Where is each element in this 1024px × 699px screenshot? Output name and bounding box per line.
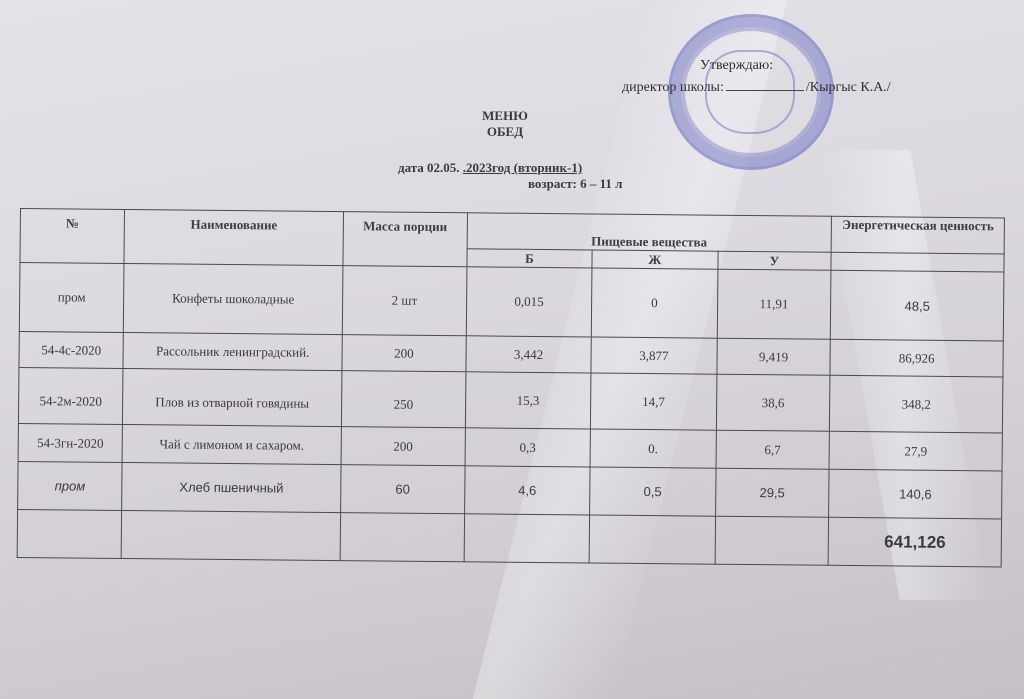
cell-carbs: 6,7: [716, 430, 830, 469]
cell-name: Чай с лимоном и сахаром.: [122, 424, 341, 464]
cell-mass: 60: [341, 465, 465, 514]
cell-empty: [121, 510, 340, 560]
approver-name: /Кыргыс К.А./: [806, 80, 891, 95]
cell-mass: 200: [342, 335, 466, 372]
cell-no: 54-3гн-2020: [18, 423, 123, 462]
signature-field: [726, 80, 804, 91]
cell-name: Хлеб пшеничный: [122, 462, 341, 512]
col-header-fat: Ж: [592, 250, 718, 269]
cell-protein: 0,3: [465, 428, 591, 467]
table-row: пром Конфеты шоколадные 2 шт 0,015 0 11,…: [19, 263, 1004, 341]
cell-energy: 27,9: [829, 431, 1002, 471]
cell-mass: 2 шт: [342, 266, 466, 336]
col-header-no: №: [20, 209, 125, 264]
approver-position: директор школы:: [622, 80, 724, 95]
cell-protein: 4,6: [464, 466, 590, 515]
cell-no: пром: [18, 461, 123, 510]
cell-carbs: 38,6: [716, 374, 830, 431]
col-header-mass: Масса порции: [343, 212, 467, 267]
cell-fat: 3,877: [591, 337, 717, 374]
col-header-name: Наименование: [124, 210, 343, 266]
document-title: МЕНЮ: [430, 108, 580, 124]
cell-carbs: 9,419: [716, 338, 830, 375]
cell-empty: [17, 509, 122, 558]
cell-energy: 348,2: [830, 375, 1003, 433]
col-header-energy-sub: [831, 252, 1004, 272]
cell-protein: 15,3: [465, 372, 591, 429]
date-suffix: .2023год (вторник-1): [463, 160, 582, 175]
col-header-carbs: У: [718, 251, 832, 270]
cell-empty: [340, 513, 464, 562]
date-prefix: дата 02.05.: [398, 160, 460, 175]
cell-mass: 250: [341, 371, 465, 428]
total-energy: 641,126: [828, 517, 1001, 567]
cell-energy: 140,6: [829, 469, 1002, 519]
cell-fat: 0.: [590, 429, 716, 468]
total-row: 641,126: [17, 509, 1001, 566]
cell-protein: 0,015: [466, 267, 592, 337]
meal-type: ОБЕД: [430, 124, 580, 140]
cell-no: 54-2м-2020: [18, 367, 123, 424]
cell-fat: 0: [591, 268, 717, 338]
cell-name: Конфеты шоколадные: [123, 264, 342, 335]
cell-mass: 200: [341, 427, 465, 466]
cell-energy: 86,926: [830, 339, 1003, 377]
age-group: возраст: 6 – 11 л: [528, 176, 622, 192]
cell-empty: [715, 516, 829, 565]
cell-no: 54-4с-2020: [19, 331, 124, 368]
cell-fat: 0,5: [590, 467, 716, 516]
cell-carbs: 11,91: [717, 269, 831, 339]
cell-carbs: 29,5: [715, 468, 829, 517]
col-header-nutrients: Пищевые вещества: [467, 213, 832, 252]
col-header-energy: Энергетическая ценность: [831, 216, 1004, 254]
cell-empty: [464, 514, 590, 563]
approval-signature-line: директор школы:/Кыргыс К.А./: [622, 80, 891, 96]
cell-energy: 48,5: [830, 270, 1003, 341]
approval-label: Утверждаю:: [700, 58, 773, 74]
cell-name: Рассольник ленинградский.: [123, 332, 342, 370]
cell-protein: 3,442: [466, 336, 592, 373]
cell-name: Плов из отварной говядины: [123, 368, 342, 426]
table-row: 54-2м-2020 Плов из отварной говядины 250…: [18, 367, 1002, 432]
cell-fat: 14,7: [591, 373, 717, 430]
col-header-protein: Б: [467, 249, 593, 268]
menu-table: № Наименование Масса порции Пищевые веще…: [17, 208, 1005, 567]
cell-no: пром: [19, 263, 124, 333]
cell-empty: [589, 515, 715, 564]
menu-date: дата 02.05. .2023год (вторник-1): [398, 160, 582, 176]
